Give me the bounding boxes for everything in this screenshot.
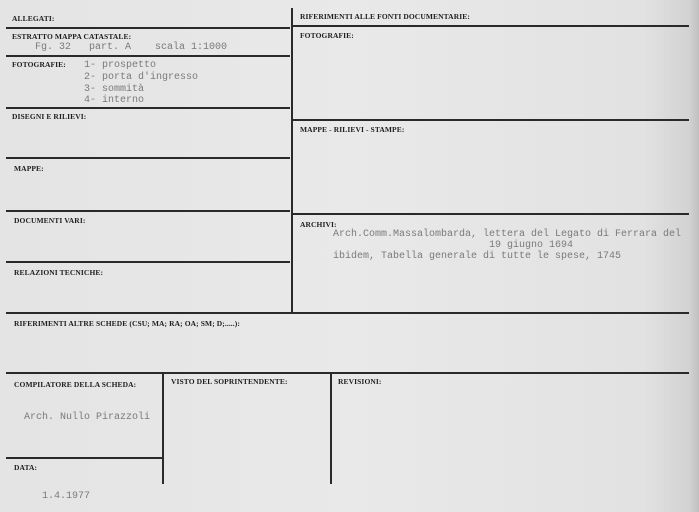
compilatore-value: Arch. Nullo Pirazzoli [24,412,150,424]
catalog-form-sheet: ALLEGATI: ESTRATTO MAPPA CATASTALE: Fg. … [0,0,699,512]
mappe-label: MAPPE: [14,164,44,173]
divider [6,210,290,212]
divider [6,312,689,314]
divider [6,27,290,29]
allegati-label: ALLEGATI: [12,14,54,23]
riferimenti-altre-schede-label: RIFERIMENTI ALTRE SCHEDE (CSU; MA; RA; O… [14,319,240,328]
documenti-vari-label: DOCUMENTI VARI: [14,216,85,225]
fotografie-fonti-label: FOTOGRAFIE: [300,31,354,40]
divider [292,25,689,27]
fotografie-label: FOTOGRAFIE: [12,60,66,69]
divider [292,213,689,215]
fotografie-item: 2- porta d'ingresso [84,72,198,84]
fotografie-item: 4- interno [84,95,144,107]
compilatore-label: COMPILATORE DELLA SCHEDA: [14,380,136,389]
fotografie-item: 1- prospetto [84,60,156,72]
divider [6,55,290,57]
data-value: 1.4.1977 [42,491,90,503]
archivi-label: ARCHIVI: [300,220,337,229]
disegni-rilievi-label: DISEGNI E RILIEVI: [12,112,86,121]
divider [6,372,689,374]
divider [6,457,162,459]
visto-soprintendente-label: VISTO DEL SOPRINTENDENTE: [171,377,288,386]
scan-edge-shadow [689,0,699,512]
riferimenti-fonti-label: RIFERIMENTI ALLE FONTI DOCUMENTARIE: [300,12,470,21]
divider [6,261,290,263]
data-label: DATA: [14,463,37,472]
column-divider [162,373,164,484]
divider [292,119,689,121]
estratto-mappa-label: ESTRATTO MAPPA CATASTALE: [12,32,131,41]
divider [6,107,290,109]
divider [6,157,290,159]
estratto-mappa-value: Fg. 32 part. A scala 1:1000 [35,42,227,54]
archivi-line: ibidem, Tabella generale di tutte le spe… [333,251,621,263]
column-divider [330,373,332,484]
mappe-rilievi-stampe-label: MAPPE - RILIEVI - STAMPE: [300,125,404,134]
column-divider [291,8,293,313]
relazioni-tecniche-label: RELAZIONI TECNICHE: [14,268,103,277]
revisioni-label: REVISIONI: [338,377,382,386]
